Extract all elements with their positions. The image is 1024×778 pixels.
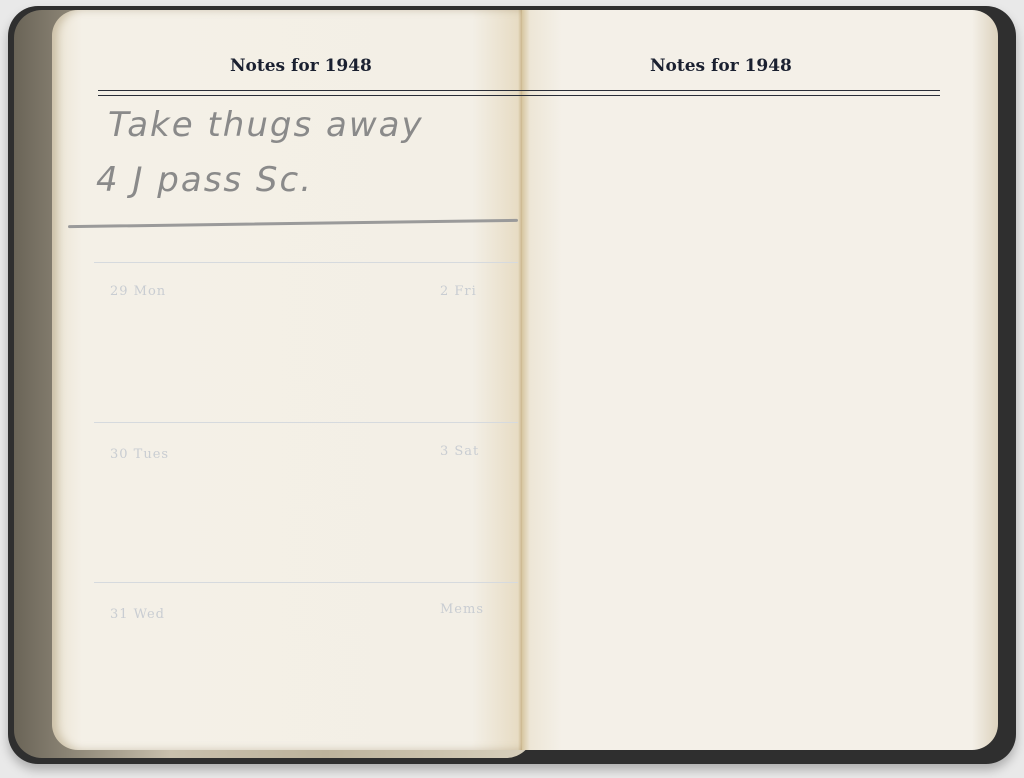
heading-rule-top (522, 90, 940, 91)
showthrough-day: 31 Wed (110, 607, 165, 622)
faint-rule (94, 582, 518, 583)
heading-rule-bottom (98, 95, 522, 96)
showthrough-day: 30 Tues (110, 447, 169, 462)
left-page-heading: Notes for 1948 (230, 56, 372, 76)
right-page-heading: Notes for 1948 (650, 56, 792, 76)
showthrough-day: 3 Sat (440, 444, 479, 459)
faint-rule (94, 422, 518, 423)
showthrough-day: Mems (440, 602, 484, 617)
showthrough-day: 29 Mon (110, 284, 166, 299)
faint-rule (94, 262, 518, 263)
handwritten-note-line1: Take thugs away (108, 105, 424, 145)
heading-rule-top (98, 90, 522, 91)
handwritten-note-line2: 4 J pass Sc. (96, 160, 313, 200)
heading-rule-bottom (522, 95, 940, 96)
pencil-underline (68, 219, 518, 228)
right-page: Notes for 1948 (522, 10, 998, 750)
showthrough-day: 2 Fri (440, 284, 477, 299)
left-page: Notes for 1948 Take thugs away 4 J pass … (52, 10, 522, 750)
